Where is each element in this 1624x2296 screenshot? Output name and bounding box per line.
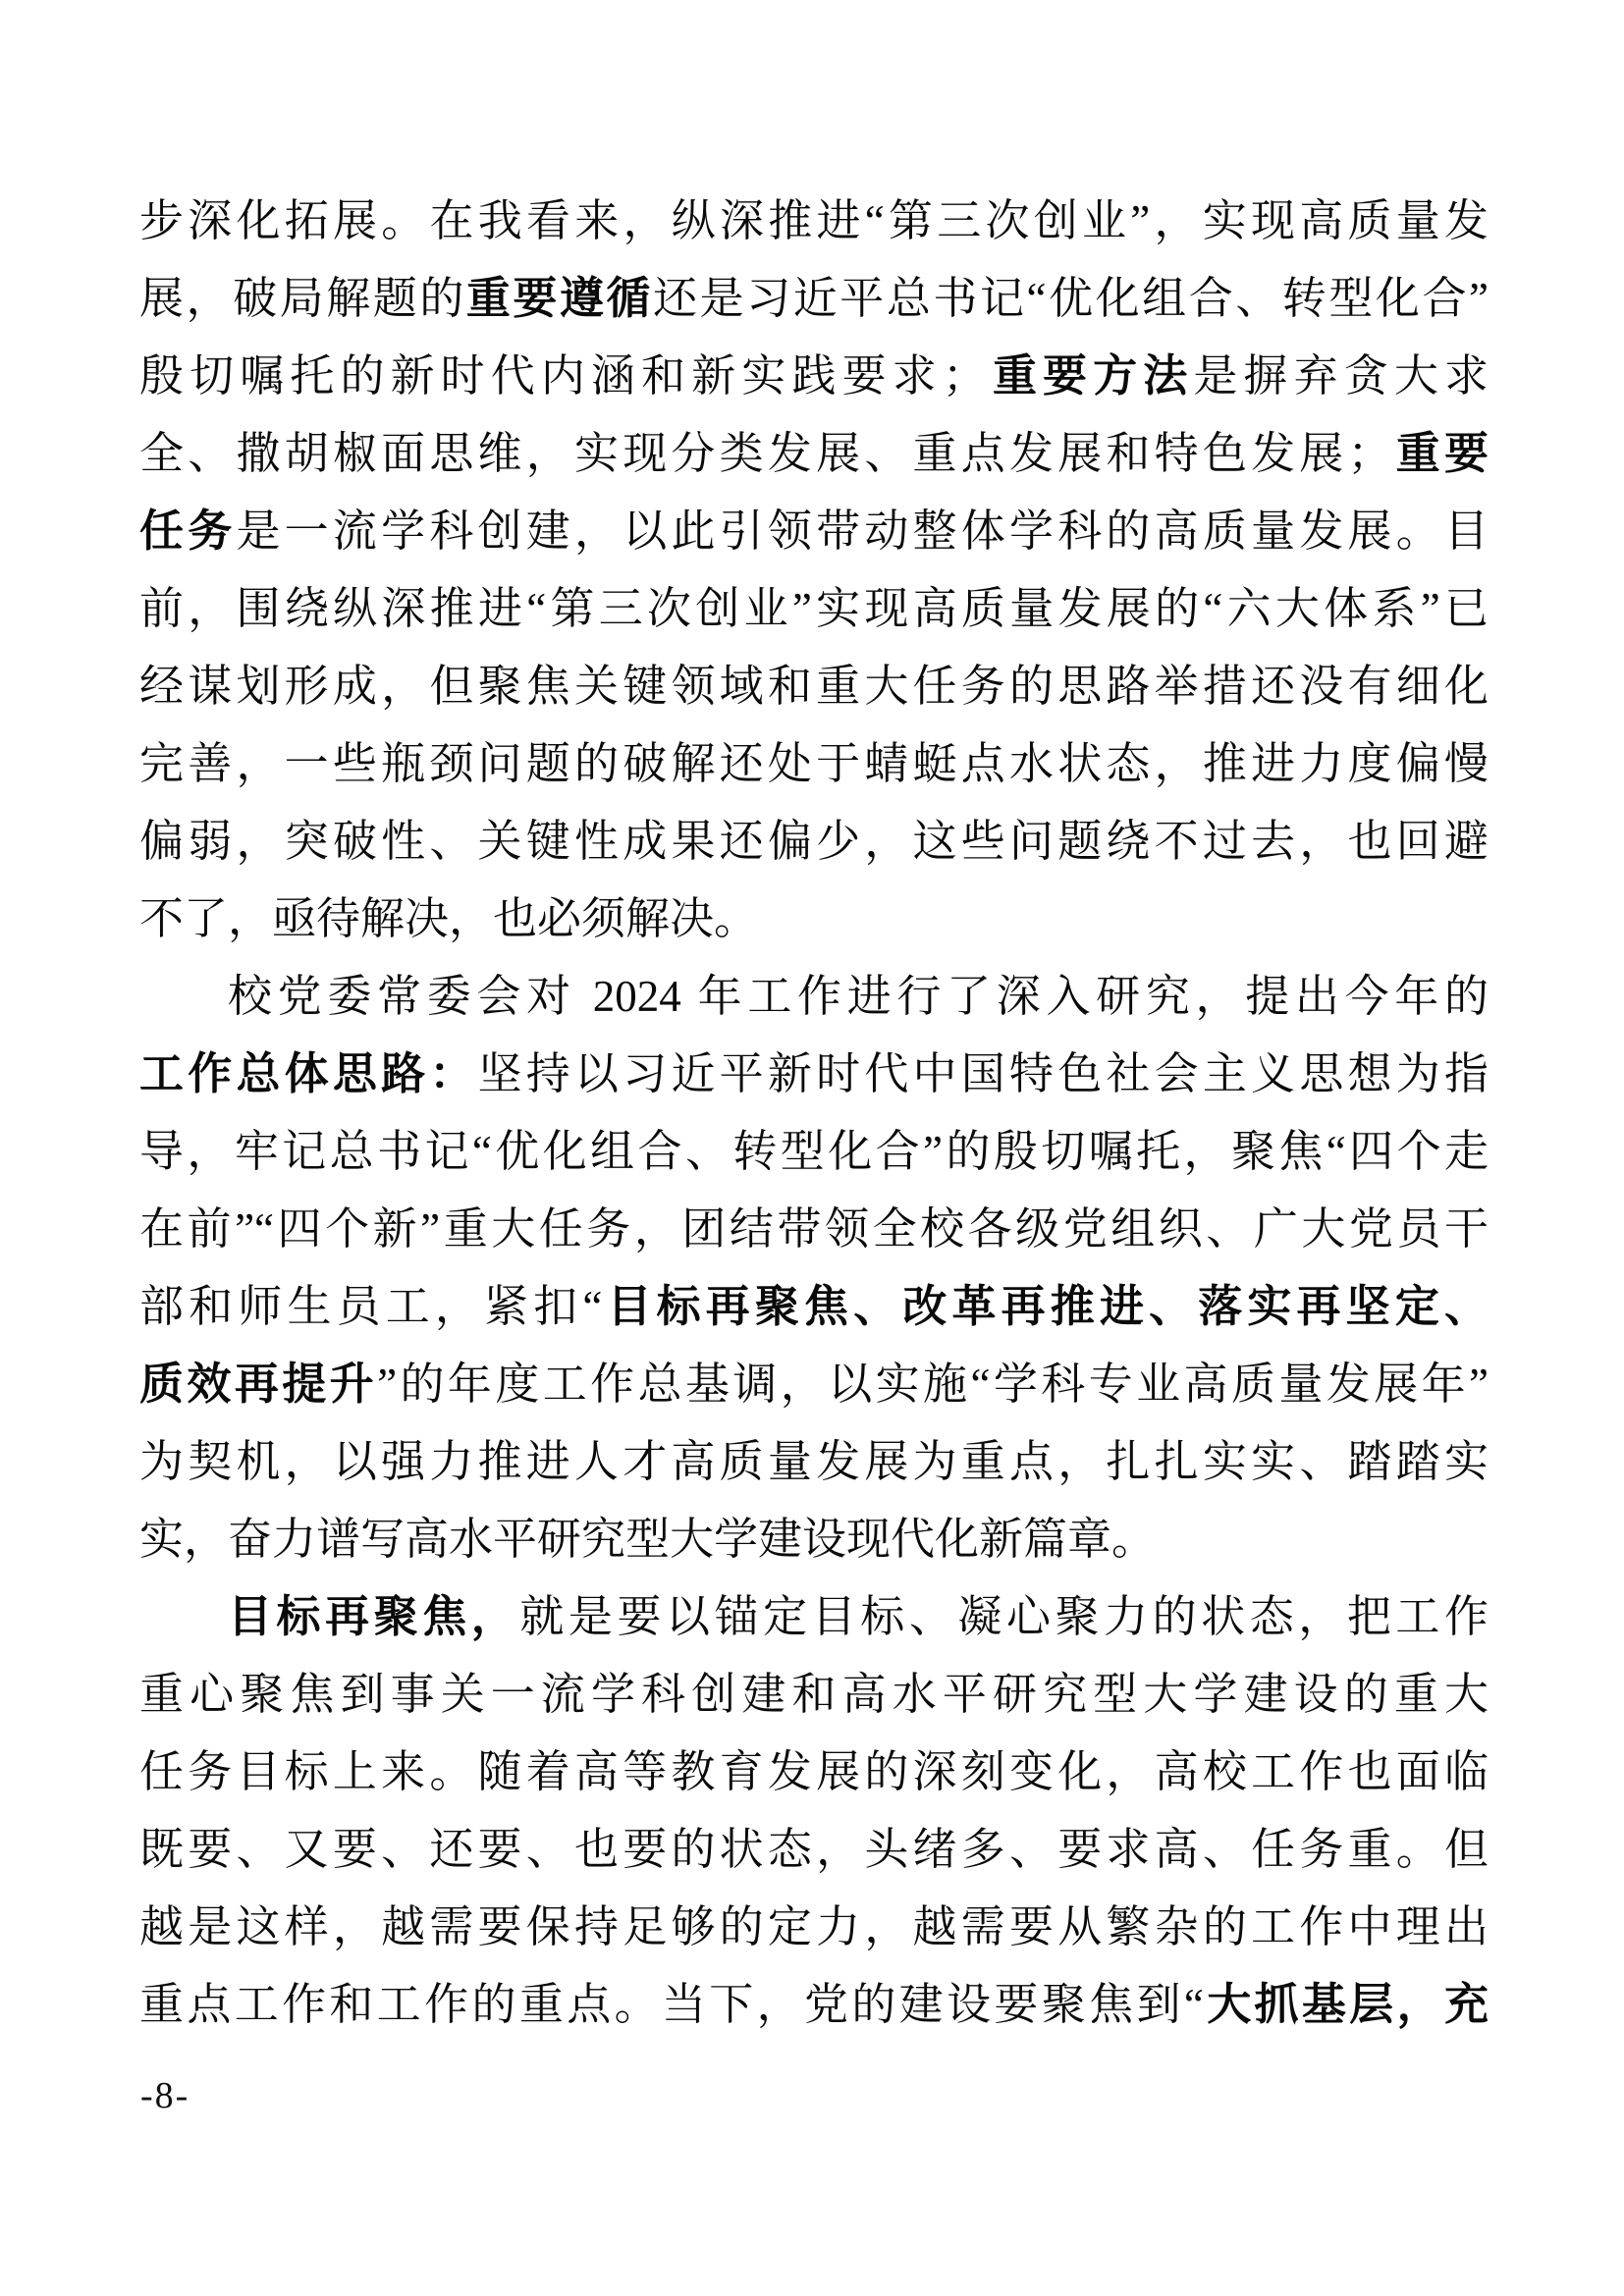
text-segment: 越是这样，越需要保持足够的定力，越需要从繁杂的工作中理出 (139, 1902, 1489, 1951)
text-line: 步深化拓展。在我看来，纵深推进“第三次创业”，实现高质量发 (139, 183, 1489, 260)
text-line: 校党委常委会对 2024 年工作进行了深入研究，提出今年的 (139, 958, 1489, 1036)
text-segment: 不了，亟待解决，也必须解决。 (139, 894, 758, 943)
bold-text-segment: 工作总体思路： (139, 1049, 478, 1098)
text-line: 任务是一流学科创建，以此引领带动整体学科的高质量发展。目 (139, 493, 1489, 570)
text-segment: 展，破局解题的 (139, 274, 466, 323)
text-line: 工作总体思路：坚持以习近平新时代中国特色社会主义思想为指 (139, 1036, 1489, 1113)
text-segment: 经谋划形成，但聚焦关键领域和重大任务的思路举措还没有细化 (139, 662, 1489, 711)
text-segment: 前，围绕纵深推进“第三次创业”实现高质量发展的“六大体系”已 (139, 584, 1489, 633)
text-segment: 导，牢记总书记“优化组合、转型化合”的殷切嘱托，聚焦“四个走 (139, 1127, 1489, 1176)
text-segment: 实，奋力谱写高水平研究型大学建设现代化新篇章。 (139, 1515, 1156, 1564)
bold-text-segment: 重要 (1392, 429, 1489, 478)
bold-text-segment: 目标再聚焦， (228, 1592, 519, 1641)
text-segment: 是摒弃贪大求 (1193, 351, 1489, 400)
text-line: 全、撒胡椒面思维，实现分类发展、重点发展和特色发展；重要 (139, 415, 1489, 493)
text-segment: 既要、又要、还要、也要的状态，头绪多、要求高、任务重。但 (139, 1825, 1489, 1874)
text-segment: 部和师生员工，紧扣“ (139, 1282, 602, 1331)
text-line: 重点工作和工作的重点。当下，党的建设要聚焦到“大抓基层，充 (139, 1966, 1489, 2044)
text-segment: 是一流学科创建，以此引领带动整体学科的高质量发展。目 (236, 507, 1489, 556)
text-line: 前，围绕纵深推进“第三次创业”实现高质量发展的“六大体系”已 (139, 570, 1489, 648)
text-line: 实，奋力谱写高水平研究型大学建设现代化新篇章。 (139, 1501, 1489, 1578)
text-line: 偏弱，突破性、关键性成果还偏少，这些问题绕不过去，也回避 (139, 803, 1489, 881)
text-segment: 任务目标上来。随着高等教育发展的深刻变化，高校工作也面临 (139, 1747, 1489, 1796)
text-line: 任务目标上来。随着高等教育发展的深刻变化，高校工作也面临 (139, 1734, 1489, 1811)
text-line: 展，破局解题的重要遵循还是习近平总书记“优化组合、转型化合” (139, 260, 1489, 338)
text-line: 殷切嘱托的新时代内涵和新实践要求；重要方法是摒弃贪大求 (139, 338, 1489, 415)
text-line: 越是这样，越需要保持足够的定力，越需要从繁杂的工作中理出 (139, 1889, 1489, 1966)
bold-text-segment: 质效再提升 (139, 1360, 377, 1409)
text-segment: 重点工作和工作的重点。当下，党的建设要聚焦到“ (139, 1980, 1204, 2029)
text-line: 既要、又要、还要、也要的状态，头绪多、要求高、任务重。但 (139, 1811, 1489, 1889)
bold-text-segment: 目标再聚焦、改革再推进、落实再坚定、 (602, 1282, 1489, 1331)
text-line: 在前”“四个新”重大任务，团结带领全校各级党组织、广大党员干 (139, 1191, 1489, 1268)
text-line: 部和师生员工，紧扣“目标再聚焦、改革再推进、落实再坚定、 (139, 1268, 1489, 1346)
text-line: 经谋划形成，但聚焦关键领域和重大任务的思路举措还没有细化 (139, 648, 1489, 725)
text-line: 目标再聚焦，就是要以锚定目标、凝心聚力的状态，把工作 (139, 1578, 1489, 1656)
text-line: 完善，一些瓶颈问题的破解还处于蜻蜓点水状态，推进力度偏慢 (139, 725, 1489, 803)
text-segment: ”的年度工作总基调，以实施“学科专业高质量发展年” (377, 1360, 1489, 1409)
body-text: 步深化拓展。在我看来，纵深推进“第三次创业”，实现高质量发展，破局解题的重要遵循… (139, 183, 1489, 2044)
text-segment: 就是要以锚定目标、凝心聚力的状态，把工作 (519, 1592, 1489, 1641)
text-segment: 完善，一些瓶颈问题的破解还处于蜻蜓点水状态，推进力度偏慢 (139, 739, 1489, 788)
text-segment: 步深化拓展。在我看来，纵深推进“第三次创业”，实现高质量发 (139, 196, 1489, 245)
text-segment: 还是习近平总书记“优化组合、转型化合” (653, 274, 1489, 323)
text-segment: 为契机，以强力推进人才高质量发展为重点，扎扎实实、踏踏实 (139, 1437, 1489, 1486)
document-page: 步深化拓展。在我看来，纵深推进“第三次创业”，实现高质量发展，破局解题的重要遵循… (0, 0, 1624, 2296)
text-line: 导，牢记总书记“优化组合、转型化合”的殷切嘱托，聚焦“四个走 (139, 1113, 1489, 1191)
text-segment: 全、撒胡椒面思维，实现分类发展、重点发展和特色发展； (139, 429, 1392, 478)
text-line: 为契机，以强力推进人才高质量发展为重点，扎扎实实、踏踏实 (139, 1423, 1489, 1501)
text-segment: 在前”“四个新”重大任务，团结带领全校各级党组织、广大党员干 (139, 1204, 1489, 1254)
bold-text-segment: 重要遵循 (466, 274, 653, 323)
text-segment: 殷切嘱托的新时代内涵和新实践要求； (139, 351, 987, 400)
text-segment: 重心聚焦到事关一流学科创建和高水平研究型大学建设的重大 (139, 1670, 1489, 1719)
bold-text-segment: 重要方法 (987, 351, 1194, 400)
bold-text-segment: 大抓基层，充 (1204, 1980, 1489, 2029)
text-line: 质效再提升”的年度工作总基调，以实施“学科专业高质量发展年” (139, 1346, 1489, 1423)
text-segment: 偏弱，突破性、关键性成果还偏少，这些问题绕不过去，也回避 (139, 817, 1489, 866)
text-line: 重心聚焦到事关一流学科创建和高水平研究型大学建设的重大 (139, 1656, 1489, 1734)
text-segment: 坚持以习近平新时代中国特色社会主义思想为指 (478, 1049, 1489, 1098)
text-line: 不了，亟待解决，也必须解决。 (139, 881, 1489, 958)
bold-text-segment: 任务 (139, 507, 236, 556)
page-number: -8- (140, 2073, 189, 2118)
text-segment: 校党委常委会对 2024 年工作进行了深入研究，提出今年的 (228, 972, 1489, 1021)
